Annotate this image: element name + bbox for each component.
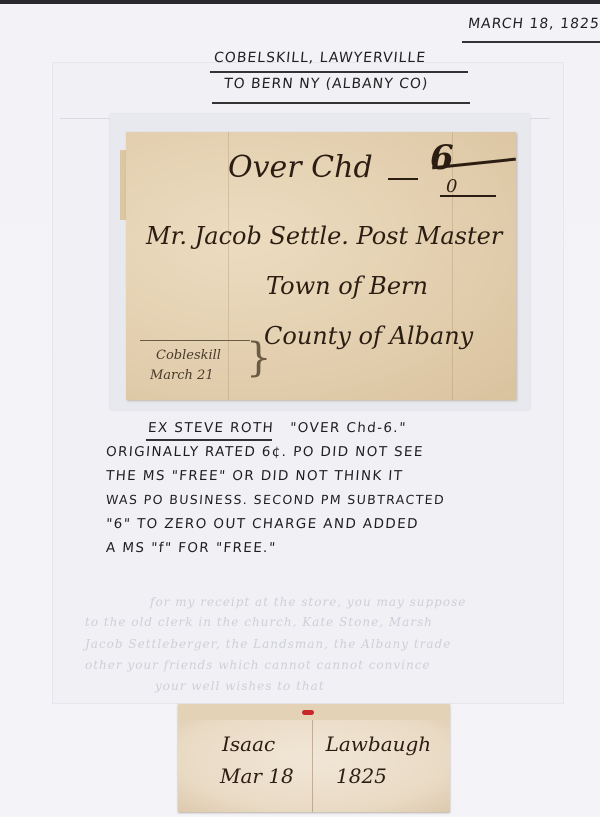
docket-top-band: [178, 704, 450, 720]
provenance-note: EX STEVE ROTH: [147, 420, 274, 436]
rate-zero-underline: [440, 195, 496, 197]
ghost-letter-text: for my receipt at the store, you may sup…: [150, 595, 466, 609]
description-line: "OVER Chd-6.": [289, 420, 407, 436]
provenance-underline: [146, 439, 272, 441]
route-heading-line2: TO BERN NY (ALBANY CO): [223, 76, 429, 92]
address-line-1: Mr. Jacob Settle. Post Master: [146, 222, 502, 250]
page-date-heading: MARCH 18, 1825: [467, 16, 600, 32]
rate-zero: 0: [446, 176, 457, 197]
address-line-2: Town of Bern: [266, 272, 428, 300]
route-underline-1: [210, 71, 468, 73]
ghost-letter-text: to the old clerk in the church, Kate Sto…: [85, 615, 433, 629]
description-line: ORIGINALLY RATED 6¢. PO DID NOT SEE: [105, 444, 424, 460]
address-line-3: County of Albany: [264, 322, 473, 350]
description-line: WAS PO BUSINESS. SECOND PM SUBTRACTED: [105, 492, 445, 507]
description-line: A MS "f" FOR "FREE.": [105, 540, 277, 556]
date-underline: [462, 41, 600, 43]
docket-date: Mar 18: [220, 764, 294, 788]
route-underline-2: [212, 102, 470, 104]
docket-year: 1825: [336, 764, 387, 788]
docket-fragment: [178, 704, 450, 812]
postmark-date: March 21: [150, 368, 214, 383]
docket-name: Isaac Lawbaugh: [222, 732, 431, 756]
wax-seal-remnant: [302, 710, 314, 715]
ghost-letter-text: Jacob Settleberger, the Landsman, the Al…: [85, 637, 451, 651]
description-line: THE MS "FREE" OR DID NOT THINK IT: [105, 468, 403, 484]
postmark-town: Cobleskill: [156, 348, 221, 363]
rate-marking-over-chd: Over Chd: [228, 150, 373, 185]
postmark-rule: [140, 340, 250, 341]
rate-marking-value: 6: [430, 138, 454, 178]
description-line: "6" TO ZERO OUT CHARGE AND ADDED: [105, 516, 419, 532]
rate-strike-through: [388, 178, 418, 180]
postmark-brace: }: [246, 338, 271, 378]
route-heading-line1: COBELSKILL, LAWYERVILLE: [213, 50, 426, 66]
ghost-letter-text: other your friends which cannot cannot c…: [85, 658, 431, 672]
ghost-letter-text: your well wishes to that: [155, 679, 325, 693]
